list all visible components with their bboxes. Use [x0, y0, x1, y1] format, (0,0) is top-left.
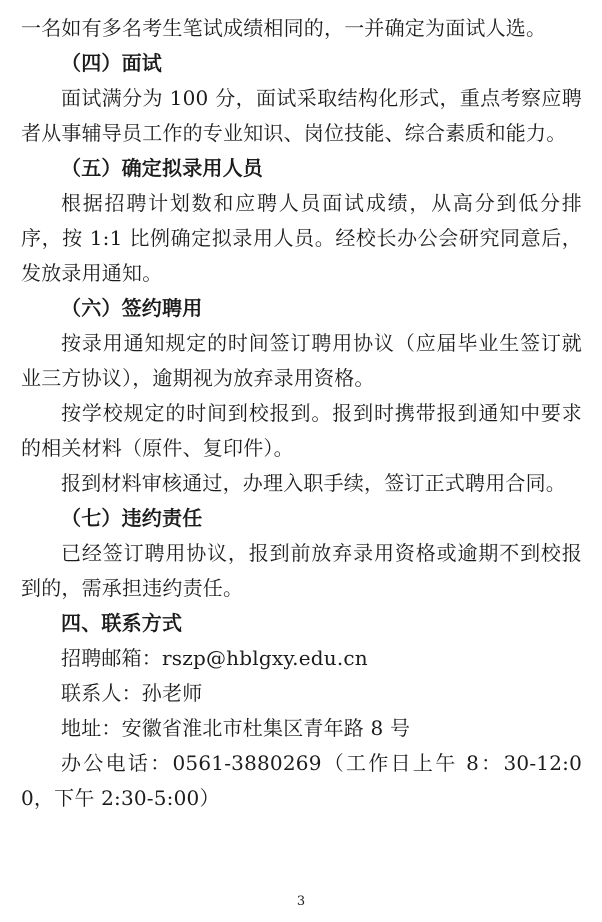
heading-contact-info: 四、联系方式 [21, 606, 582, 641]
paragraph-interview-details: 面试满分为 100 分，面试采取结构化形式，重点考察应聘者从事辅导员工作的专业知… [21, 81, 582, 151]
paragraph-office-phone: 办公电话：0561-3880269（工作日上午 8：30-12:00，下午 2:… [21, 746, 582, 816]
paragraph-contact-person: 联系人：孙老师 [21, 676, 582, 711]
paragraph-proposed-hires-details: 根据招聘计划数和应聘人员面试成绩，从高分到低分排序，按 1:1 比例确定拟录用人… [21, 186, 582, 291]
document-body: 一名如有多名考生笔试成绩相同的，一并确定为面试人选。 （四）面试 面试满分为 1… [21, 11, 582, 922]
paragraph-report-to-school: 按学校规定的时间到校报到。报到时携带报到通知中要求的相关材料（原件、复印件）。 [21, 396, 582, 466]
heading-section-5-proposed-hires: （五）确定拟录用人员 [21, 151, 582, 186]
page-number: 3 [0, 893, 602, 911]
heading-section-7-breach-liability: （七）违约责任 [21, 501, 582, 536]
paragraph-address: 地址：安徽省淮北市杜集区青年路 8 号 [21, 711, 582, 746]
paragraph-continuation: 一名如有多名考生笔试成绩相同的，一并确定为面试人选。 [21, 11, 582, 46]
paragraph-onboarding: 报到材料审核通过，办理入职手续，签订正式聘用合同。 [21, 466, 582, 501]
paragraph-recruitment-email: 招聘邮箱：rszp@hblgxy.edu.cn [21, 641, 582, 676]
document-page-background: { "document": { "language": "zh-CN", "ba… [0, 0, 602, 922]
paragraph-contract-signing: 按录用通知规定的时间签订聘用协议（应届毕业生签订就业三方协议），逾期视为放弃录用… [21, 326, 582, 396]
heading-section-6-contract-signing: （六）签约聘用 [21, 291, 582, 326]
paragraph-breach-liability: 已经签订聘用协议，报到前放弃录用资格或逾期不到校报到的，需承担违约责任。 [21, 536, 582, 606]
heading-section-4-interview: （四）面试 [21, 46, 582, 81]
